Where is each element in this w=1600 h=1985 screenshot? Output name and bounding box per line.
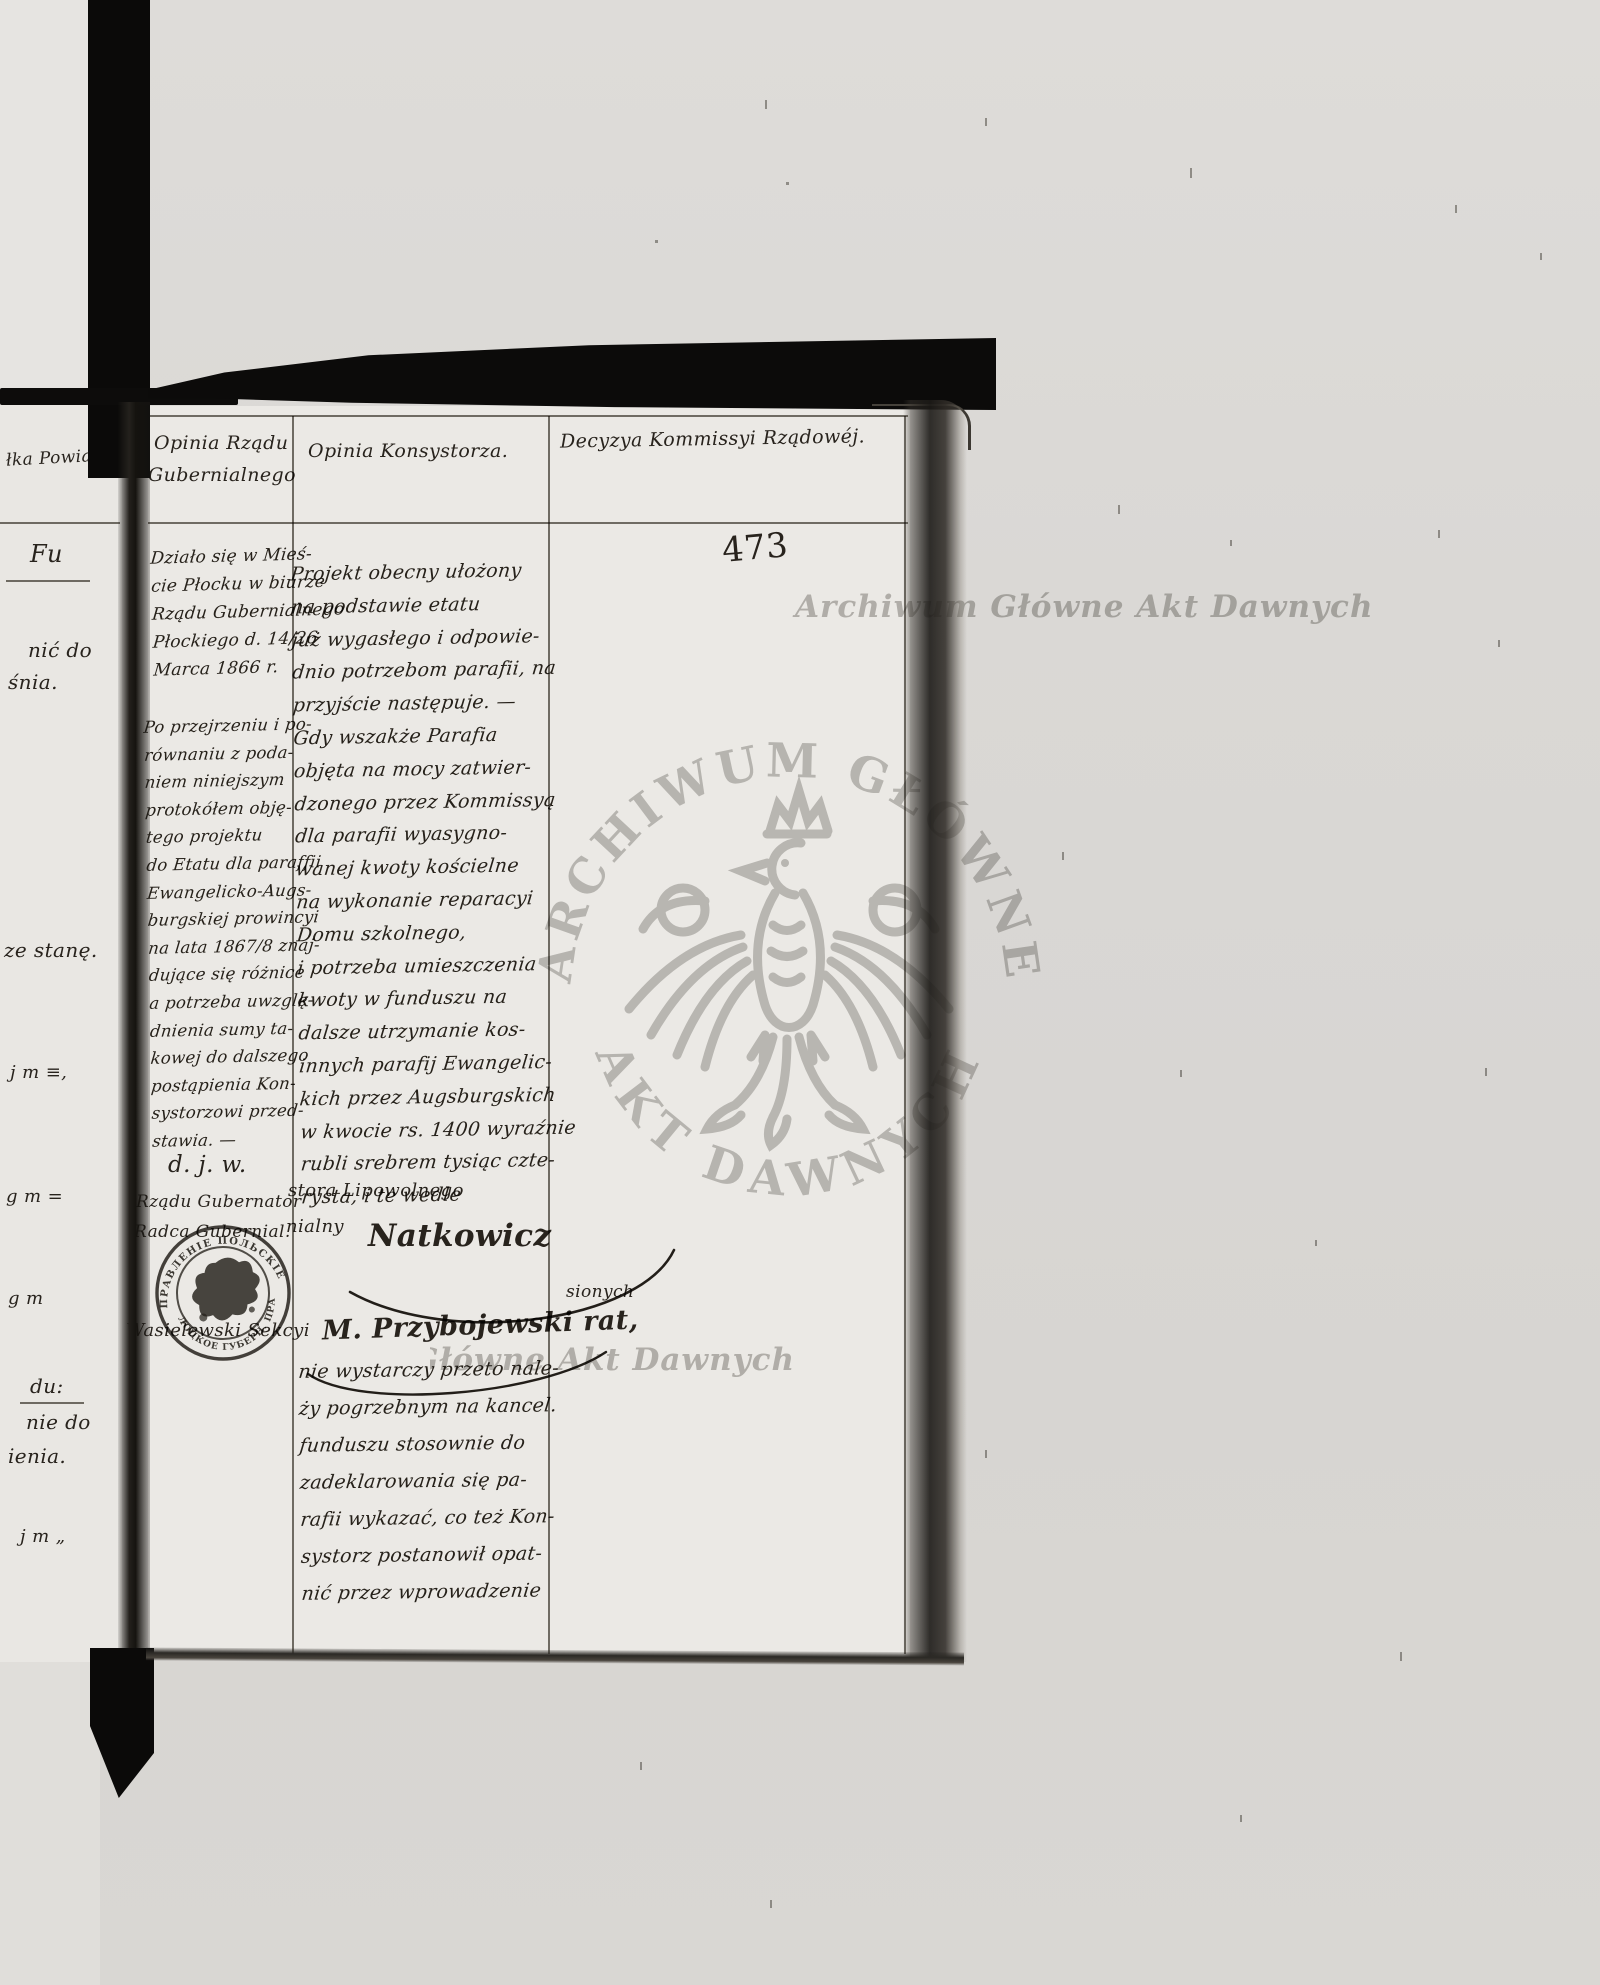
archive-seal-watermark: · ARCHIWUM GŁÓWNE · AKT DAWNYCH	[533, 703, 1045, 1215]
handwritten-line: objęta na mocy zatwier-	[292, 750, 571, 788]
handwritten-line: ży pogrzebnym na kancel.	[297, 1387, 562, 1428]
handwritten-line: i potrzeba umieszczenia	[296, 947, 575, 985]
left-fragment-8: nie do	[26, 1410, 91, 1434]
col2-extra-line-2: nialny	[286, 1216, 344, 1237]
header-bottom-rule	[148, 522, 908, 524]
handwritten-line: kich przez Augsburgskich	[298, 1078, 577, 1116]
handwritten-line: kwoty w funduszu na	[296, 980, 575, 1018]
page-number: 473	[720, 525, 789, 571]
handwritten-line: dalsze utrzymanie kos-	[297, 1013, 576, 1051]
handwritten-line: na podstawie etatu	[289, 586, 568, 624]
page-top-shadow-band	[148, 338, 996, 410]
left-fragment-underline	[6, 580, 90, 582]
left-fragment-3: ze stanę.	[4, 938, 98, 962]
left-fragment-2: śnia.	[8, 670, 58, 694]
bottom-left-page-fragment	[0, 1662, 100, 1985]
header-col2: Opinia Konsystorza.	[308, 440, 508, 462]
handwritten-line: już wygasłego i odpowie-	[290, 619, 569, 657]
header-col1-line2: Gubernialnego	[148, 464, 296, 486]
left-fragment-4: j m ≡,	[10, 1062, 67, 1083]
handwritten-line: nie wystarczy przeto nale-	[296, 1350, 561, 1391]
handwritten-line: funduszu stosownie do	[297, 1424, 562, 1465]
handwritten-line: w kwocie rs. 1400 wyraźnie	[299, 1111, 578, 1149]
watermark-text-top: Archiwum Główne Akt Dawnych	[795, 589, 1373, 625]
left-fragment-6: g m	[8, 1288, 44, 1309]
handwritten-line: Gdy wszakże Parafia	[292, 718, 571, 756]
stamp-eagle-blob	[185, 1251, 268, 1326]
col2-body-block: Projekt obecny ułożonyna podstawie etatu…	[290, 554, 577, 1215]
col1-date-abbrev: d. j. w.	[168, 1152, 247, 1178]
top-left-page-fragment	[0, 0, 88, 394]
left-page-fragment	[0, 402, 122, 1664]
left-fragment-7: du:	[30, 1374, 64, 1398]
handwritten-line: nić przez wprowadzenie	[300, 1572, 565, 1613]
handwritten-line: systorz postanowił opat-	[299, 1535, 564, 1576]
left-fragment-9: ienia.	[8, 1444, 66, 1468]
eagle-watermark	[629, 791, 949, 1145]
handwritten-line: rafii wykazać, co też Kon-	[299, 1498, 564, 1539]
left-fragment-5: g m =	[6, 1186, 63, 1207]
handwritten-line: dzonego przez Kommissyą	[293, 783, 572, 821]
left-fragment-10: j m „	[20, 1526, 65, 1547]
handwritten-line: przyjście następuje. —	[291, 685, 570, 723]
handwritten-line: Domu szkolnego,	[295, 914, 574, 952]
archival-scan: Archiwum Główne Akt Dawnych Główne Akt D…	[0, 0, 1600, 1985]
col2-closing-block: nie wystarczy przeto nale-ży pogrzebnym …	[298, 1350, 562, 1613]
left-fragment-fu: Fu	[30, 540, 63, 568]
book-fore-edge	[903, 400, 967, 1662]
handwritten-line: wanej kwoty kościelne	[294, 849, 573, 887]
header-col1-line1: Opinia Rządu	[154, 432, 288, 454]
handwritten-line: rubli srebrem tysiąc czte-	[299, 1144, 578, 1182]
left-fragment-1: nić do	[28, 638, 92, 662]
handwritten-line: na wykonanie reparacyi	[295, 882, 574, 920]
handwritten-line: zadeklarowania się pa-	[298, 1461, 563, 1502]
handwritten-line: innych parafij Ewangelic-	[297, 1045, 576, 1083]
left-fragment-underline-2	[20, 1402, 84, 1404]
page-gap-shadow	[118, 402, 150, 1664]
handwritten-line: dla parafii wyasygno-	[293, 816, 572, 854]
handwritten-line: dnio potrzebom parafii, na	[291, 652, 570, 690]
left-page-header-rule	[0, 522, 120, 524]
col2-extra-line-1: stora Lipowolnego	[288, 1180, 464, 1201]
handwritten-line: Projekt obecny ułożony	[289, 554, 568, 592]
table-top-rule	[148, 415, 908, 417]
